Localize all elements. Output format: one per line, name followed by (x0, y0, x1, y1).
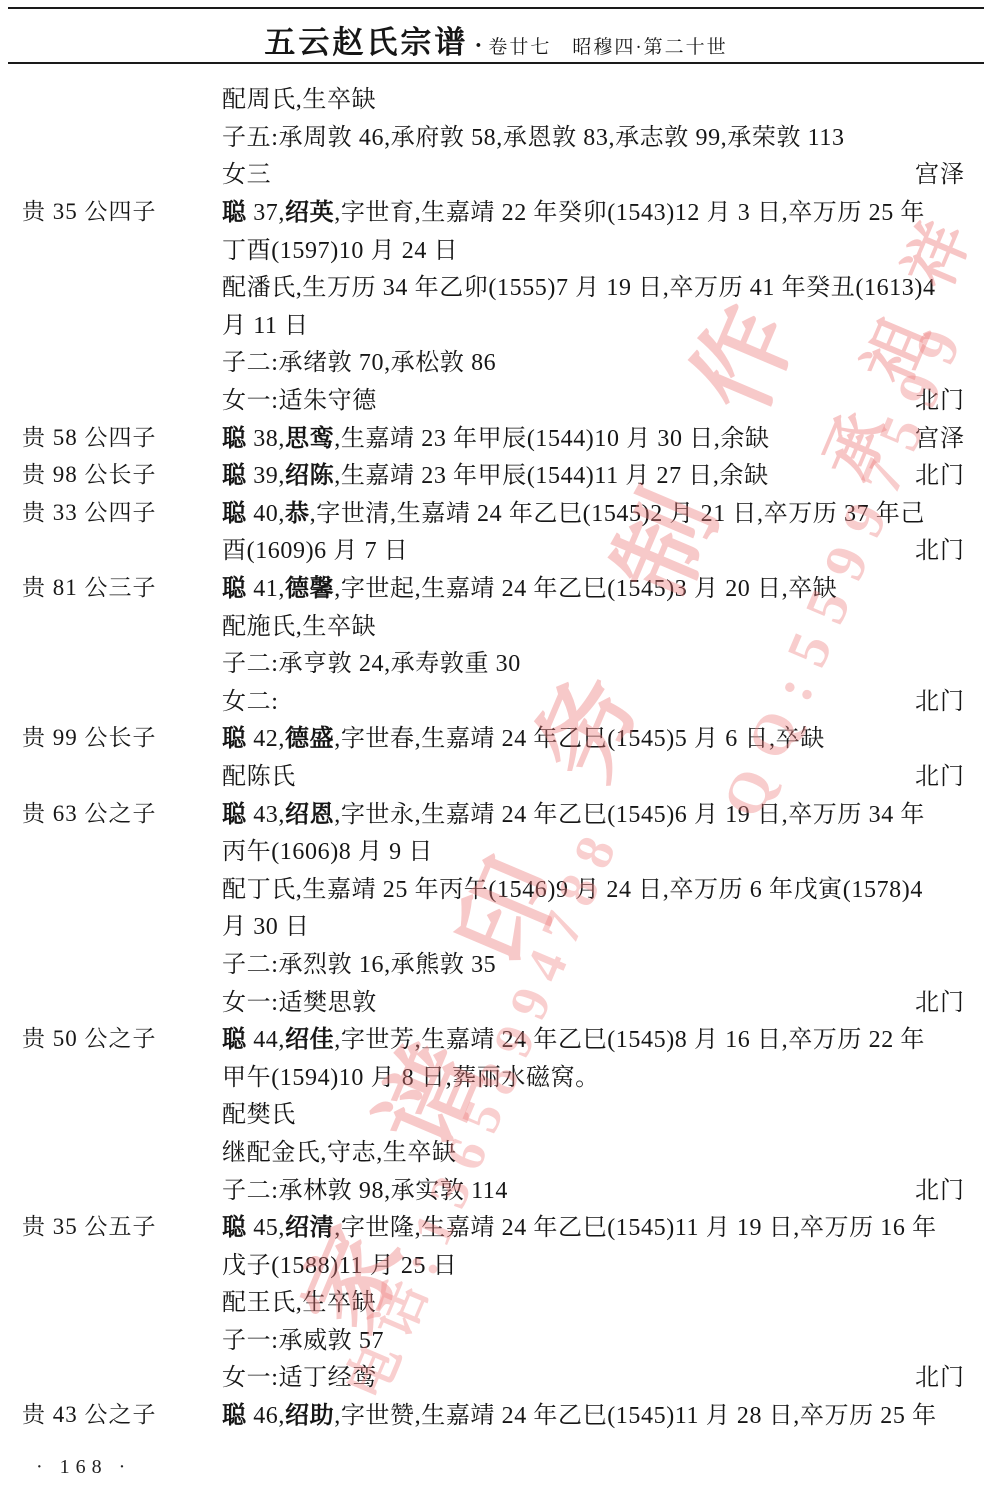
row-main-text: 子二:承亨敦 24,承寿敦重 30 (222, 643, 904, 678)
row-father-label: 贵 99 公长子 (0, 719, 222, 752)
row-main-text: 配丁氏,生嘉靖 25 年丙午(1546)9 月 24 日,卒万历 6 年戊寅(1… (222, 869, 904, 904)
row-father-label: 贵 50 公之子 (0, 1020, 222, 1053)
row-main-text: 女三 (222, 154, 904, 189)
genealogy-row: 贵 35 公五子聪 45,绍清,字世隆,生嘉靖 24 年乙巳(1545)11 月… (0, 1206, 992, 1244)
row-main-text: 子一:承威敦 57 (222, 1320, 904, 1355)
volume-subtitle: 卷廿七 昭穆四·第二十世 (488, 37, 727, 58)
row-main-text: 子二:承绪敦 70,承松敦 86 (222, 342, 904, 377)
row-branch-label: 北门 (904, 1357, 992, 1392)
genealogy-row: 女一:适樊思敦北门 (0, 980, 992, 1018)
row-main-text: 配陈氏 (222, 756, 904, 791)
genealogy-row: 丁酉(1597)10 月 24 日 (0, 228, 992, 266)
genealogy-row: 配陈氏北门 (0, 755, 992, 793)
row-main-text: 女二: (222, 681, 904, 716)
genealogy-row: 配潘氏,生万历 34 年乙卯(1555)7 月 19 日,卒万历 41 年癸丑(… (0, 266, 992, 304)
genealogy-row: 月 11 日 (0, 304, 992, 342)
row-main-text: 聪 37,绍英,字世育,生嘉靖 22 年癸卯(1543)12 月 3 日,卒万历… (222, 192, 904, 227)
genealogy-row: 子二:承林敦 98,承实敦 114北门 (0, 1168, 992, 1206)
row-father-label: 贵 43 公之子 (0, 1396, 222, 1429)
row-branch-label: 宫泽 (904, 418, 992, 453)
row-main-text: 继配金氏,守志,生卒缺 (222, 1132, 904, 1167)
genealogy-rows: 配周氏,生卒缺子五:承周敦 46,承府敦 58,承恩敦 83,承志敦 99,承荣… (0, 78, 992, 1431)
title-separator-dot: · (468, 33, 488, 59)
genealogy-row: 女一:适朱守德北门 (0, 379, 992, 417)
genealogy-page: 五云赵氏宗谱·卷廿七 昭穆四·第二十世 配周氏,生卒缺子五:承周敦 46,承府敦… (0, 0, 992, 1512)
row-main-text: 女一:适丁经鸾 (222, 1357, 904, 1392)
row-main-text: 戊子(1588)11 月 25 日 (222, 1245, 904, 1280)
row-main-text: 月 11 日 (222, 305, 904, 340)
row-main-text: 甲午(1594)10 月 8 日,葬丽水磁窝。 (222, 1057, 904, 1092)
genealogy-row: 贵 63 公之子聪 43,绍恩,字世永,生嘉靖 24 年乙巳(1545)6 月 … (0, 792, 992, 830)
row-father-label: 贵 35 公四子 (0, 193, 222, 226)
genealogy-row: 贵 43 公之子聪 46,绍助,字世赞,生嘉靖 24 年乙巳(1545)11 月… (0, 1394, 992, 1432)
row-branch-label: 北门 (904, 756, 992, 791)
row-main-text: 配王氏,生卒缺 (222, 1282, 904, 1317)
row-main-text: 酉(1609)6 月 7 日 (222, 530, 904, 565)
genealogy-row: 配施氏,生卒缺 (0, 604, 992, 642)
row-father-label: 贵 98 公长子 (0, 456, 222, 489)
row-main-text: 配潘氏,生万历 34 年乙卯(1555)7 月 19 日,卒万历 41 年癸丑(… (222, 267, 904, 302)
row-main-text: 子二:承烈敦 16,承熊敦 35 (222, 944, 904, 979)
row-branch-label: 北门 (904, 530, 992, 565)
row-main-text: 聪 40,恭,字世清,生嘉靖 24 年乙巳(1545)2 月 21 日,卒万历 … (222, 493, 904, 528)
genealogy-row: 贵 50 公之子聪 44,绍佳,字世芳,生嘉靖 24 年乙巳(1545)8 月 … (0, 1018, 992, 1056)
genealogy-row: 子二:承绪敦 70,承松敦 86 (0, 341, 992, 379)
genealogy-row: 贵 99 公长子聪 42,德盛,字世春,生嘉靖 24 年乙巳(1545)5 月 … (0, 717, 992, 755)
genealogy-row: 贵 33 公四子聪 40,恭,字世清,生嘉靖 24 年乙巳(1545)2 月 2… (0, 492, 992, 530)
page-number: · 168 · (36, 1456, 131, 1479)
row-main-text: 聪 43,绍恩,字世永,生嘉靖 24 年乙巳(1545)6 月 19 日,卒万历… (222, 794, 904, 829)
header-rule (8, 62, 984, 64)
row-father-label: 贵 35 公五子 (0, 1208, 222, 1241)
genealogy-row: 贵 98 公长子聪 39,绍陈,生嘉靖 23 年甲辰(1544)11 月 27 … (0, 454, 992, 492)
genealogy-row: 月 30 日 (0, 905, 992, 943)
genealogy-row: 继配金氏,守志,生卒缺 (0, 1131, 992, 1169)
row-main-text: 配樊氏 (222, 1094, 904, 1129)
row-main-text: 聪 42,德盛,字世春,生嘉靖 24 年乙巳(1545)5 月 6 日,卒缺 (222, 718, 904, 753)
row-main-text: 聪 44,绍佳,字世芳,生嘉靖 24 年乙巳(1545)8 月 16 日,卒万历… (222, 1019, 904, 1054)
row-main-text: 配周氏,生卒缺 (222, 79, 904, 114)
genealogy-row: 配王氏,生卒缺 (0, 1281, 992, 1319)
genealogy-row: 配周氏,生卒缺 (0, 78, 992, 116)
row-father-label: 贵 58 公四子 (0, 419, 222, 452)
row-main-text: 女一:适樊思敦 (222, 982, 904, 1017)
genealogy-row: 女三宫泽 (0, 153, 992, 191)
row-main-text: 配施氏,生卒缺 (222, 606, 904, 641)
row-main-text: 月 30 日 (222, 906, 904, 941)
genealogy-row: 酉(1609)6 月 7 日北门 (0, 529, 992, 567)
row-branch-label: 宫泽 (904, 154, 992, 189)
top-rule (8, 7, 984, 9)
genealogy-row: 子一:承威敦 57 (0, 1319, 992, 1357)
row-main-text: 聪 46,绍助,字世赞,生嘉靖 24 年乙巳(1545)11 月 28 日,卒万… (222, 1395, 904, 1430)
genealogy-row: 子五:承周敦 46,承府敦 58,承恩敦 83,承志敦 99,承荣敦 113 (0, 116, 992, 154)
row-branch-label: 北门 (904, 455, 992, 490)
genealogy-row: 配丁氏,生嘉靖 25 年丙午(1546)9 月 24 日,卒万历 6 年戊寅(1… (0, 867, 992, 905)
genealogy-row: 子二:承亨敦 24,承寿敦重 30 (0, 642, 992, 680)
genealogy-row: 子二:承烈敦 16,承熊敦 35 (0, 943, 992, 981)
row-branch-label: 北门 (904, 380, 992, 415)
row-main-text: 女一:适朱守德 (222, 380, 904, 415)
genealogy-row: 贵 81 公三子聪 41,德馨,字世起,生嘉靖 24 年乙巳(1545)3 月 … (0, 567, 992, 605)
book-title: 五云赵氏宗谱 (264, 25, 468, 60)
genealogy-row: 女二:北门 (0, 680, 992, 718)
genealogy-row: 贵 58 公四子聪 38,思鸾,生嘉靖 23 年甲辰(1544)10 月 30 … (0, 416, 992, 454)
row-main-text: 丙午(1606)8 月 9 日 (222, 831, 904, 866)
genealogy-row: 甲午(1594)10 月 8 日,葬丽水磁窝。 (0, 1055, 992, 1093)
row-main-text: 聪 45,绍清,字世隆,生嘉靖 24 年乙巳(1545)11 月 19 日,卒万… (222, 1207, 904, 1242)
row-main-text: 聪 41,德馨,字世起,生嘉靖 24 年乙巳(1545)3 月 20 日,卒缺 (222, 568, 904, 603)
row-main-text: 子二:承林敦 98,承实敦 114 (222, 1170, 904, 1205)
row-main-text: 子五:承周敦 46,承府敦 58,承恩敦 83,承志敦 99,承荣敦 113 (222, 117, 904, 152)
row-main-text: 聪 38,思鸾,生嘉靖 23 年甲辰(1544)10 月 30 日,余缺 (222, 418, 904, 453)
row-father-label: 贵 63 公之子 (0, 795, 222, 828)
row-main-text: 聪 39,绍陈,生嘉靖 23 年甲辰(1544)11 月 27 日,余缺 (222, 455, 904, 490)
row-branch-label: 北门 (904, 982, 992, 1017)
row-branch-label: 北门 (904, 681, 992, 716)
genealogy-row: 戊子(1588)11 月 25 日 (0, 1243, 992, 1281)
row-father-label: 贵 81 公三子 (0, 569, 222, 602)
page-header: 五云赵氏宗谱·卷廿七 昭穆四·第二十世 (0, 17, 992, 62)
genealogy-row: 贵 35 公四子聪 37,绍英,字世育,生嘉靖 22 年癸卯(1543)12 月… (0, 191, 992, 229)
row-branch-label: 北门 (904, 1170, 992, 1205)
row-main-text: 丁酉(1597)10 月 24 日 (222, 230, 904, 265)
row-father-label: 贵 33 公四子 (0, 494, 222, 527)
genealogy-row: 女一:适丁经鸾北门 (0, 1356, 992, 1394)
genealogy-row: 配樊氏 (0, 1093, 992, 1131)
genealogy-row: 丙午(1606)8 月 9 日 (0, 830, 992, 868)
